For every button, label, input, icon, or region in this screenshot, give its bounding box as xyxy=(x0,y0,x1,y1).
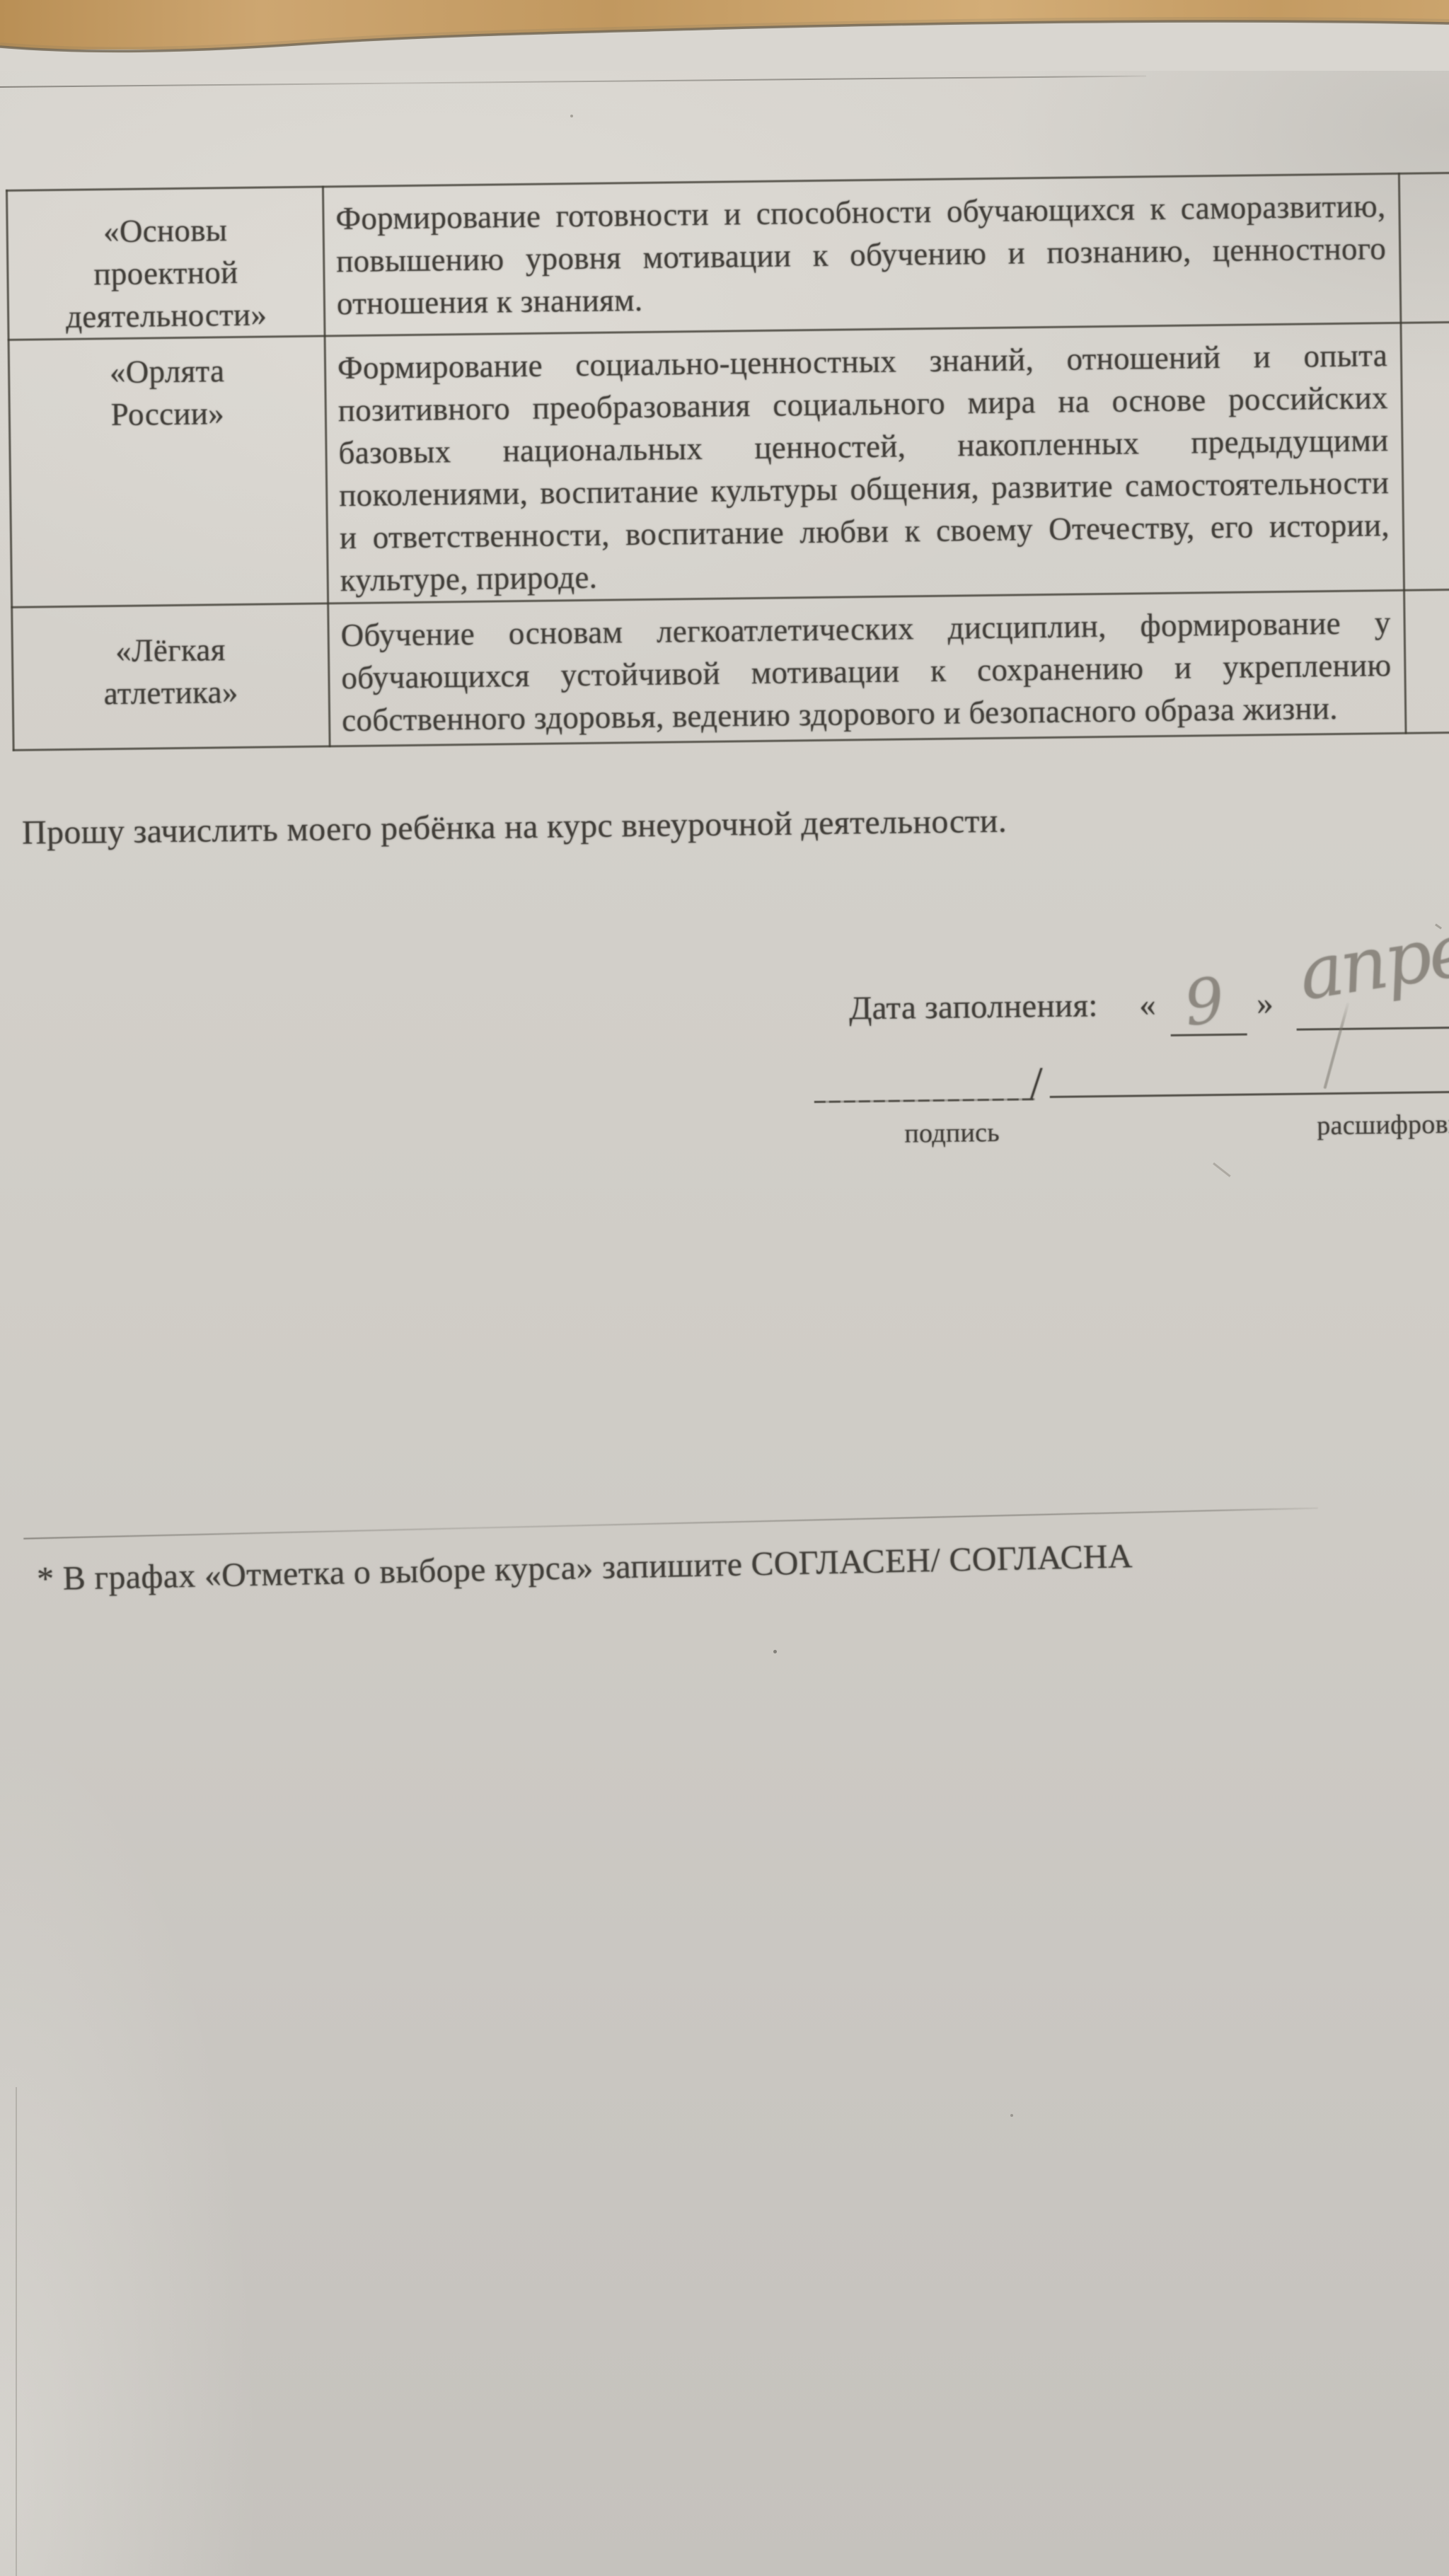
signature-line xyxy=(814,1098,1035,1102)
course-name-cell: «Орлята России» xyxy=(8,336,328,607)
date-close-quote: » xyxy=(1257,984,1274,1022)
handwritten-day: 9 xyxy=(1180,963,1228,1040)
table-row: «Основы проектной деятельности» Формиров… xyxy=(6,173,1449,340)
date-label: Дата заполнения: xyxy=(849,986,1098,1027)
course-description-cell: Формирование социально-ценностных знаний… xyxy=(325,323,1404,603)
course-table: «Основы проектной деятельности» Формиров… xyxy=(6,171,1449,751)
pencil-descender-stroke xyxy=(1323,1003,1349,1090)
choice-mark-cell xyxy=(1404,589,1449,734)
table-row: «Лёгкая атлетика» Обучение основам легко… xyxy=(12,589,1449,751)
date-open-quote: « xyxy=(1139,986,1156,1024)
course-name-cell: «Основы проектной деятельности» xyxy=(6,187,325,340)
handwritten-month: апрель xyxy=(1293,894,1449,1017)
choice-mark-cell xyxy=(1399,173,1449,323)
transcript-label: расшифровка xyxy=(1317,1109,1449,1142)
course-description-cell: Формирование готовности и способности об… xyxy=(323,173,1400,336)
signature-slash: / xyxy=(1029,1057,1044,1111)
wood-surface-strip xyxy=(0,0,1449,71)
photo-of-application-form: { "table": { "rows": [ { "course": "«Осн… xyxy=(0,0,1449,2576)
month-underline xyxy=(1297,1026,1449,1030)
request-line: Прошу зачислить моего ребёнка на курс вн… xyxy=(22,802,1008,853)
signature-label: подпись xyxy=(904,1117,1000,1150)
table-row: «Орлята России» Формирование социально-ц… xyxy=(8,322,1449,608)
choice-mark-cell xyxy=(1401,322,1449,591)
course-name-cell: «Лёгкая атлетика» xyxy=(12,603,330,750)
document-content: «Основы проектной деятельности» Формиров… xyxy=(0,0,1449,2576)
paper-edge-line xyxy=(16,2087,17,2576)
transcript-line xyxy=(1050,1090,1449,1097)
footnote: * В графах «Отметка о выборе курса» запи… xyxy=(37,1537,1133,1598)
course-description-cell: Обучение основам легкоатлетических дисци… xyxy=(328,590,1406,746)
footnote-separator-rule xyxy=(23,1508,1318,1540)
